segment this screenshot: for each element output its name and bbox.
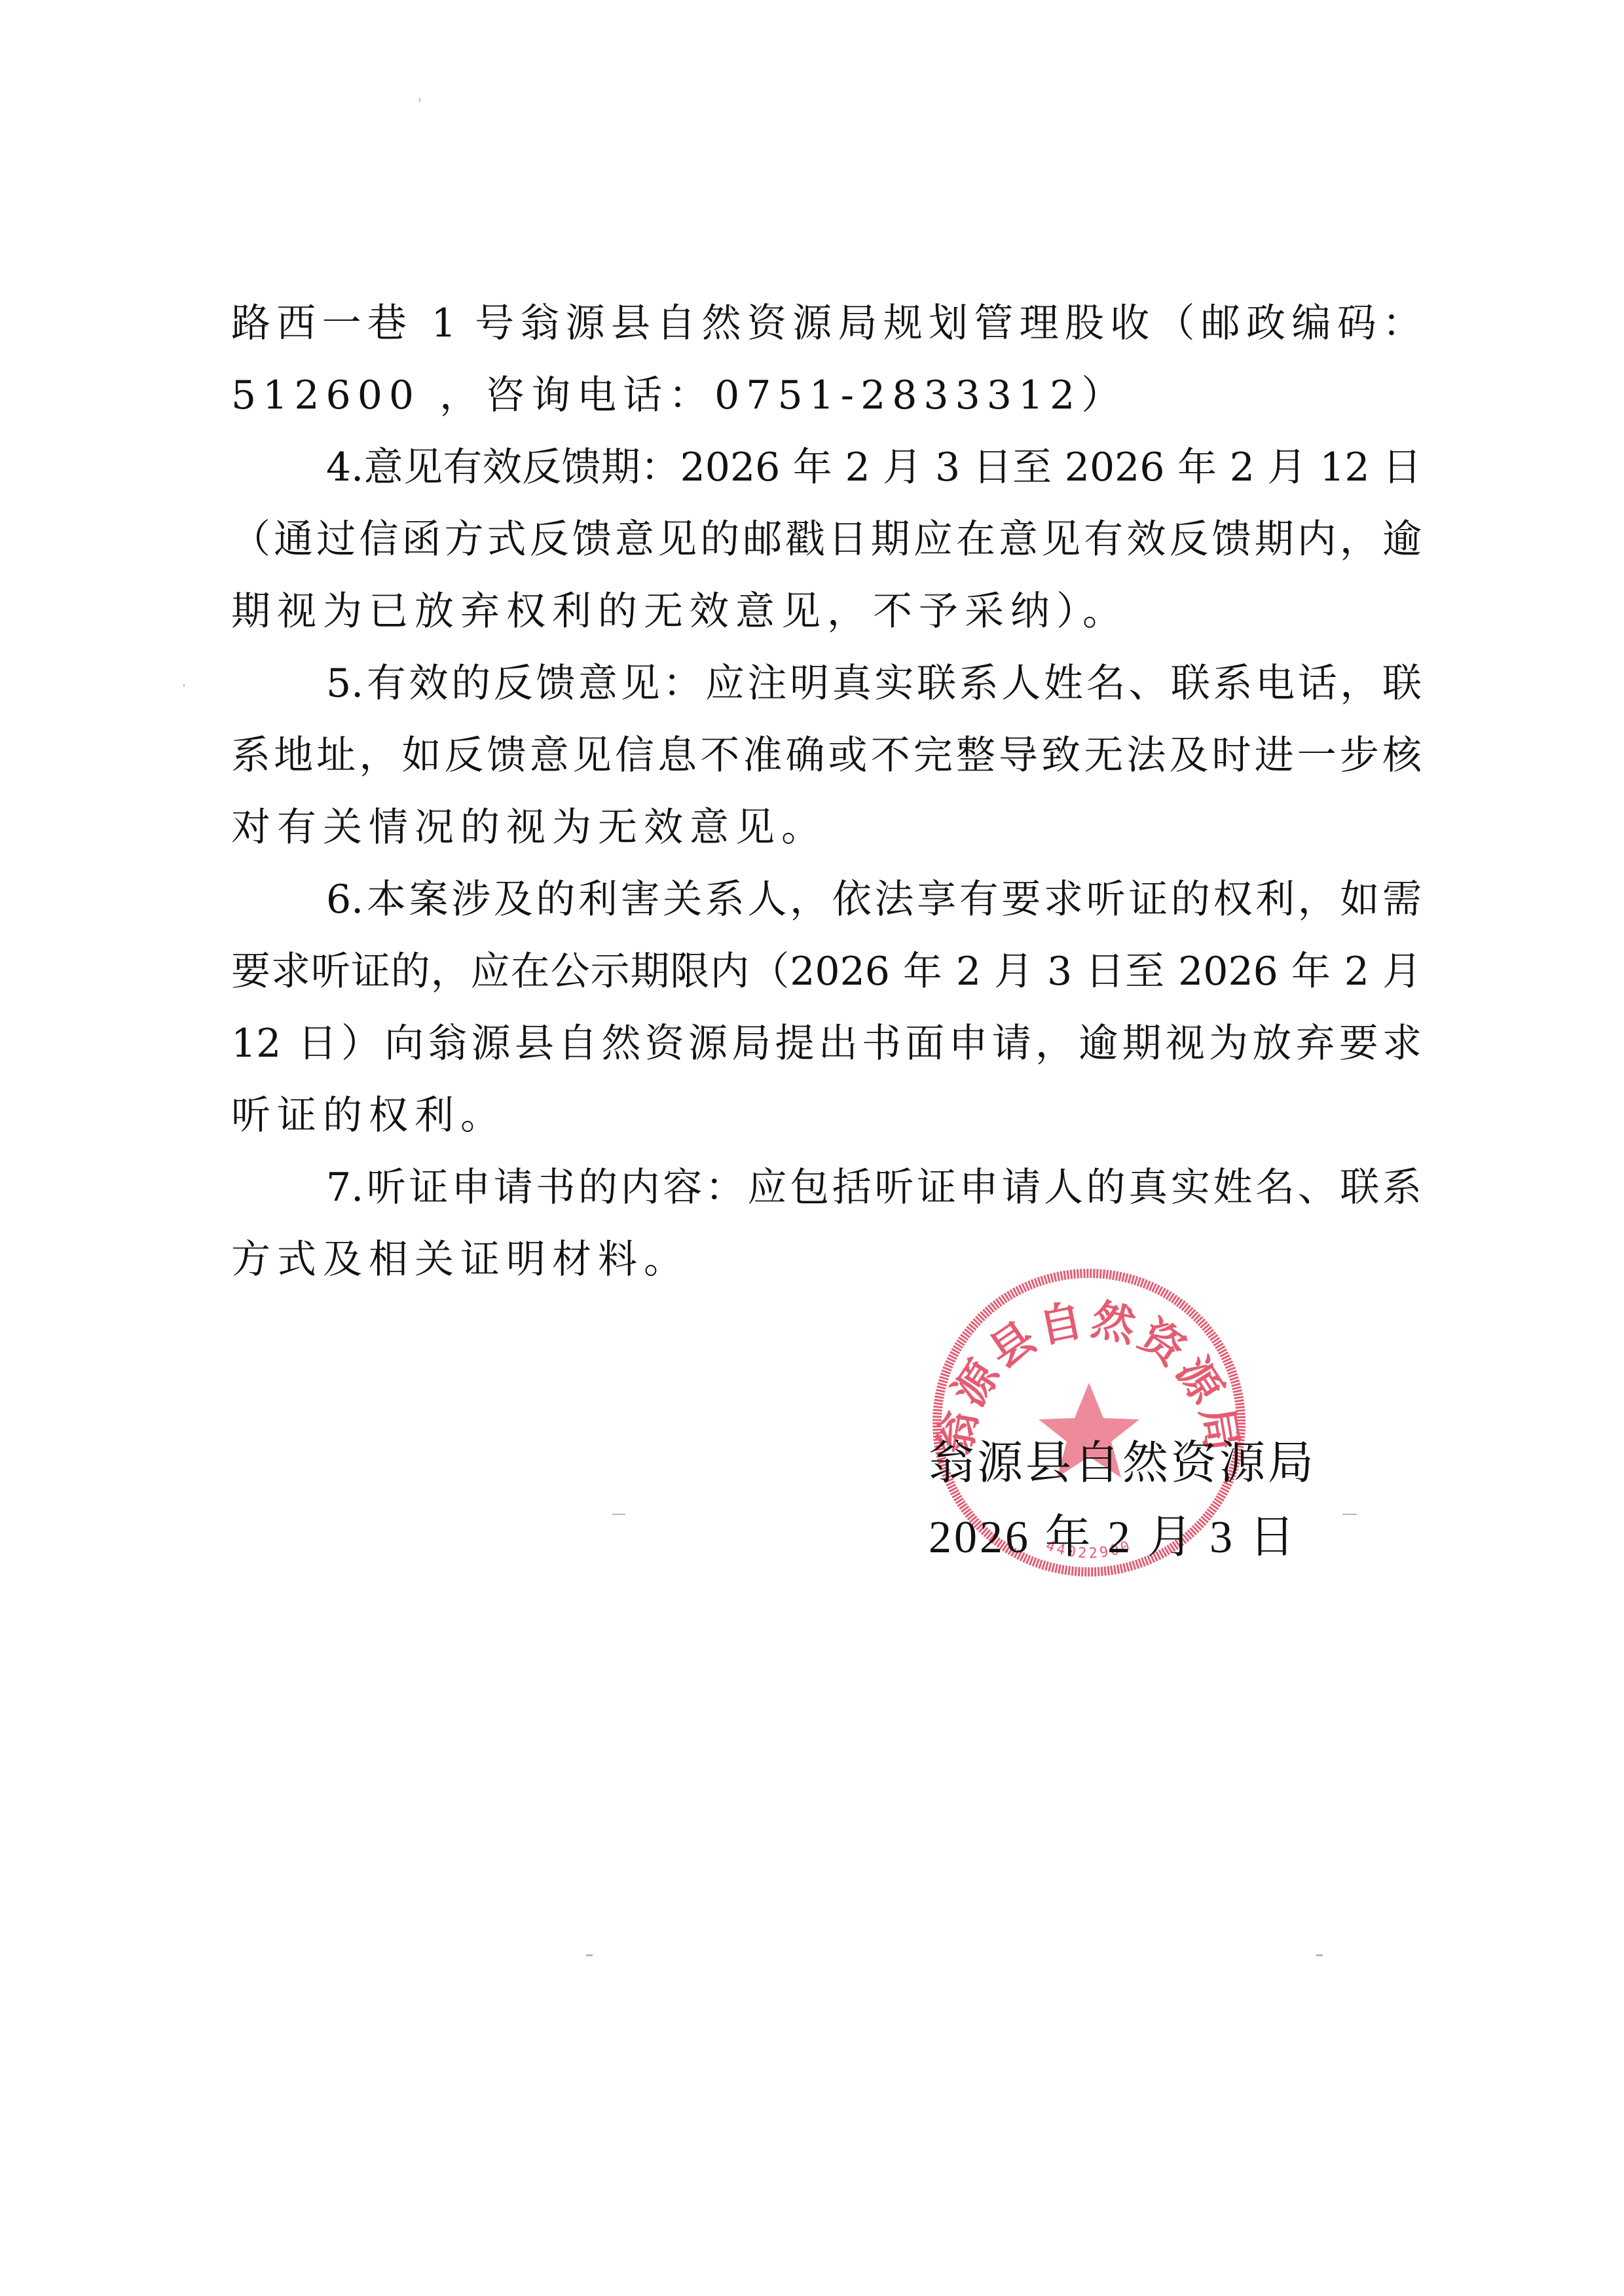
scan-mark — [419, 98, 420, 102]
item-4-line: 4.意见有效反馈期：2026 年 2 月 3 日至 2026 年 2 月 12 … — [231, 431, 1422, 503]
issue-date: 2026 年 2 月 3 日 — [929, 1508, 1295, 1582]
scan-mark — [1316, 1954, 1323, 1956]
item-6-line: 要求听证的，应在公示期限内（2026 年 2 月 3 日至 2026 年 2 月 — [231, 936, 1422, 1008]
item-4-line: 期视为已放弃权利的无效意见，不予采纳）。 — [231, 575, 1422, 647]
body-line: 512600 ，咨询电话：0751-2833312） — [231, 359, 1422, 431]
document-body: 路西一巷 1 号翁源县自然资源局规划管理股收（邮政编码： 512600 ，咨询电… — [231, 287, 1422, 1296]
item-5-line: 对有关情况的视为无效意见。 — [231, 792, 1422, 864]
item-4-line: （通过信函方式反馈意见的邮戳日期应在意见有效反馈期内，逾 — [231, 503, 1422, 575]
scan-mark — [586, 1954, 593, 1956]
signature-block: 翁源县自然资源局 2026 年 2 月 3 日 — [929, 1434, 1295, 1582]
scan-mark — [1342, 1514, 1357, 1515]
item-5-line: 5.有效的反馈意见：应注明真实联系人姓名、联系电话，联 — [231, 647, 1422, 720]
item-5-line: 系地址，如反馈意见信息不准确或不完整导致无法及时进一步核 — [231, 720, 1422, 792]
body-line: 路西一巷 1 号翁源县自然资源局规划管理股收（邮政编码： — [231, 287, 1422, 359]
item-6-line: 听证的权利。 — [231, 1080, 1422, 1152]
item-7-line: 7.听证申请书的内容：应包括听证申请人的真实姓名、联系 — [231, 1152, 1422, 1224]
document-page: 路西一巷 1 号翁源县自然资源局规划管理股收（邮政编码： 512600 ，咨询电… — [0, 0, 1624, 2296]
scan-mark — [183, 684, 185, 687]
scan-mark — [612, 1514, 625, 1515]
item-6-line: 6.本案涉及的利害关系人，依法享有要求听证的权利，如需 — [231, 864, 1422, 936]
item-6-line: 12 日）向翁源县自然资源局提出书面申请，逾期视为放弃要求 — [231, 1008, 1422, 1080]
issuing-organization: 翁源县自然资源局 — [929, 1434, 1295, 1508]
